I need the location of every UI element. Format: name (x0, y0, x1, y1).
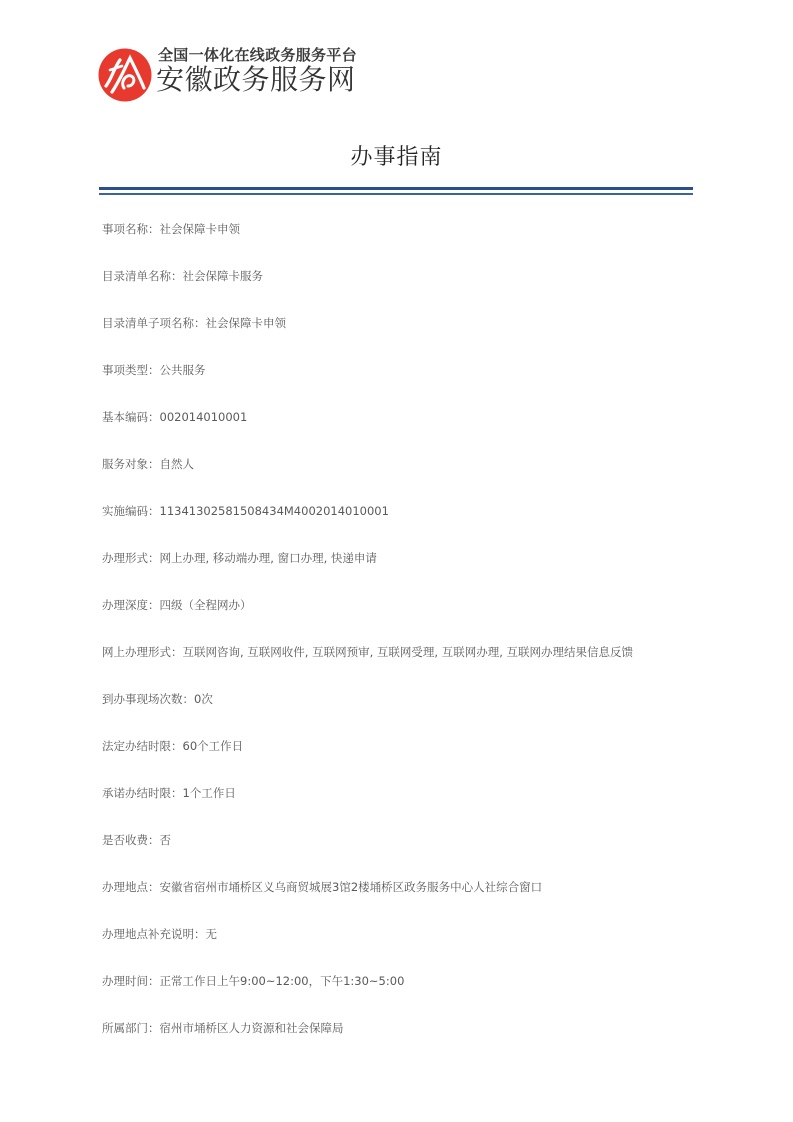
field-location: 办理地点：安徽省宿州市埇桥区义乌商贸城展3馆2楼埇桥区政务服务中心人社综合窗口 (102, 878, 702, 925)
field-label: 网上办理形式 (102, 645, 171, 659)
field-value: 社会保障卡申领 (160, 222, 241, 236)
field-label: 办理时间 (102, 974, 148, 988)
field-value: 社会保障卡服务 (183, 269, 264, 283)
field-label: 基本编码 (102, 410, 148, 424)
field-location-note: 办理地点补充说明：无 (102, 925, 702, 972)
field-value: 1个工作日 (183, 786, 236, 800)
field-separator: ： (183, 692, 195, 706)
field-online-handling-method: 网上办理形式：互联网咨询, 互联网收件, 互联网预审, 互联网受理, 互联网办理… (102, 643, 702, 690)
anhui-gov-logo-icon (98, 48, 152, 102)
field-label: 是否收费 (102, 833, 148, 847)
field-separator: ： (148, 222, 160, 236)
field-label: 法定办结时限 (102, 739, 171, 753)
field-value: 宿州市埇桥区人力资源和社会保障局 (160, 1021, 344, 1035)
field-label: 目录清单子项名称 (102, 316, 194, 330)
field-label: 承诺办结时限 (102, 786, 171, 800)
field-separator: ： (171, 269, 183, 283)
field-separator: ： (148, 880, 160, 894)
field-label: 办理深度 (102, 598, 148, 612)
field-label: 到办事现场次数 (102, 692, 183, 706)
field-value: 社会保障卡申领 (206, 316, 287, 330)
field-service-target: 服务对象：自然人 (102, 455, 702, 502)
field-value: 无 (206, 927, 218, 941)
field-separator: ： (148, 551, 160, 565)
field-value: 四级（全程网办） (160, 598, 252, 612)
field-separator: ： (148, 504, 160, 518)
field-label: 办理形式 (102, 551, 148, 565)
field-value: 否 (160, 833, 172, 847)
field-basic-code: 基本编码：002014010001 (102, 408, 702, 455)
field-value: 002014010001 (160, 410, 248, 424)
field-label: 办理地点 (102, 880, 148, 894)
field-separator: ： (194, 316, 206, 330)
field-separator: ： (148, 363, 160, 377)
field-separator: ： (171, 786, 183, 800)
field-label: 服务对象 (102, 457, 148, 471)
field-department: 所属部门：宿州市埇桥区人力资源和社会保障局 (102, 1019, 702, 1066)
field-legal-time-limit: 法定办结时限：60个工作日 (102, 737, 702, 784)
field-label: 事项类型 (102, 363, 148, 377)
field-separator: ： (148, 457, 160, 471)
field-value: 公共服务 (160, 363, 206, 377)
field-handling-depth: 办理深度：四级（全程网办） (102, 596, 702, 643)
field-separator: ： (171, 739, 183, 753)
field-separator: ： (194, 927, 206, 941)
field-value: 60个工作日 (183, 739, 244, 753)
field-onsite-visits: 到办事现场次数：0次 (102, 690, 702, 737)
field-value: 网上办理, 移动端办理, 窗口办理, 快递申请 (160, 551, 377, 565)
field-catalog-name: 目录清单名称：社会保障卡服务 (102, 267, 702, 314)
field-handling-method: 办理形式：网上办理, 移动端办理, 窗口办理, 快递申请 (102, 549, 702, 596)
field-label: 办理地点补充说明 (102, 927, 194, 941)
field-separator: ： (148, 833, 160, 847)
field-promised-time-limit: 承诺办结时限：1个工作日 (102, 784, 702, 831)
field-label: 事项名称 (102, 222, 148, 236)
field-implementation-code: 实施编码：11341302581508434M4002014010001 (102, 502, 702, 549)
field-label: 所属部门 (102, 1021, 148, 1035)
field-separator: ： (148, 1021, 160, 1035)
logo-site-name: 安徽政务服务网 (156, 64, 356, 96)
field-item-type: 事项类型：公共服务 (102, 361, 702, 408)
field-label: 实施编码 (102, 504, 148, 518)
field-catalog-subitem-name: 目录清单子项名称：社会保障卡申领 (102, 314, 702, 361)
field-value: 安徽省宿州市埇桥区义乌商贸城展3馆2楼埇桥区政务服务中心人社综合窗口 (160, 880, 543, 894)
logo-platform-text: 全国一体化在线政务服务平台 (158, 47, 357, 64)
field-value: 正常工作日上午9:00~12:00，下午1:30~5:00 (160, 974, 405, 988)
title-divider-thick (99, 187, 693, 190)
field-item-name: 事项名称：社会保障卡申领 (102, 220, 702, 267)
guide-field-list: 事项名称：社会保障卡申领 目录清单名称：社会保障卡服务 目录清单子项名称：社会保… (102, 220, 702, 1066)
title-divider-thin (99, 193, 693, 195)
site-logo: 全国一体化在线政务服务平台 安徽政务服务网 (98, 47, 378, 103)
field-separator: ： (148, 410, 160, 424)
page-title: 办事指南 (0, 143, 793, 173)
field-value: 0次 (194, 692, 213, 706)
field-separator: ： (148, 974, 160, 988)
field-fee-required: 是否收费：否 (102, 831, 702, 878)
field-value: 11341302581508434M4002014010001 (160, 504, 389, 518)
field-value: 自然人 (160, 457, 195, 471)
field-separator: ： (148, 598, 160, 612)
field-separator: ： (171, 645, 183, 659)
field-office-hours: 办理时间：正常工作日上午9:00~12:00，下午1:30~5:00 (102, 972, 702, 1019)
field-value: 互联网咨询, 互联网收件, 互联网预审, 互联网受理, 互联网办理, 互联网办理… (183, 645, 634, 659)
field-label: 目录清单名称 (102, 269, 171, 283)
